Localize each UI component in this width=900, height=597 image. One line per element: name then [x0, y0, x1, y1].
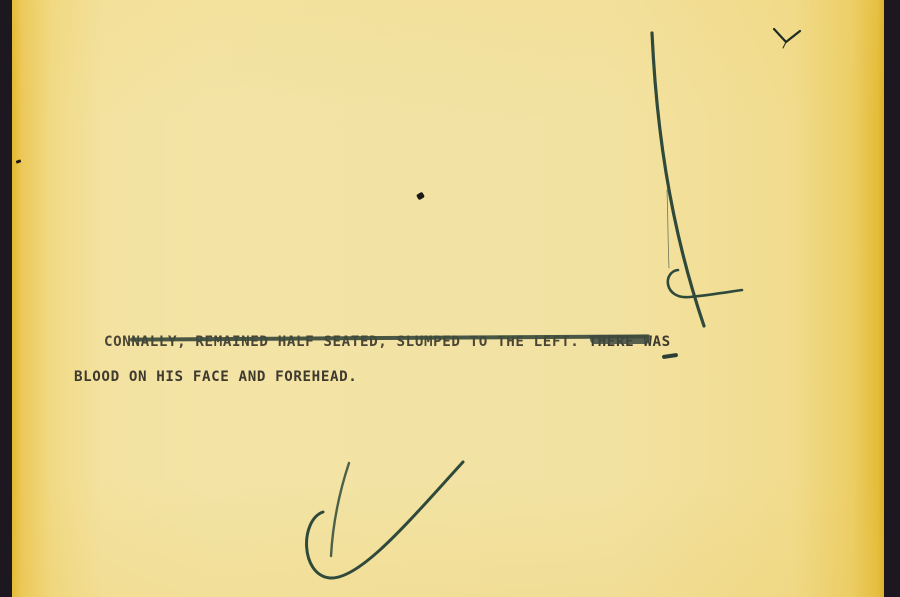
typed-line-2: BLOOD ON HIS FACE AND FOREHEAD.	[74, 368, 357, 386]
scan-frame: CONNALLY, REMAINED HALF SEATED, SLUMPED …	[0, 0, 900, 597]
strikethrough-smudge	[590, 335, 650, 344]
document-page	[12, 0, 884, 597]
